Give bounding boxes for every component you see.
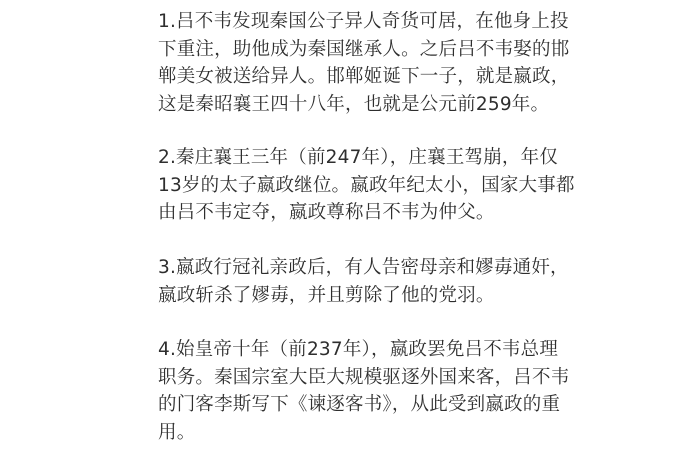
paragraph-2: 2.秦庄襄王三年（前247年），庄襄王驾崩，年仅 13岁的太子嬴政继位。嬴政年纪…: [158, 144, 548, 227]
paragraph-line: 2.秦庄襄王三年（前247年），庄襄王驾崩，年仅: [158, 144, 548, 172]
paragraph-line: 职务。秦国宗室大臣大规模驱逐外国来客，吕不韦: [158, 364, 548, 392]
paragraph-line: 1.吕不韦发现秦国公子异人奇货可居，在他身上投: [158, 8, 548, 36]
document-page: 1.吕不韦发现秦国公子异人奇货可居，在他身上投 下重注，助他成为秦国继承人。之后…: [0, 0, 700, 470]
paragraph-line: 3.嬴政行冠礼亲政后，有人告密母亲和嫪毐通奸，: [158, 254, 548, 282]
paragraph-line: 这是秦昭襄王四十八年，也就是公元前259年。: [158, 91, 548, 119]
paragraph-line: 用。: [158, 419, 548, 447]
paragraph-line: 13岁的太子嬴政继位。嬴政年纪太小，国家大事都: [158, 172, 548, 200]
paragraph-line: 下重注，助他成为秦国继承人。之后吕不韦娶的邯: [158, 36, 548, 64]
paragraph-3: 3.嬴政行冠礼亲政后，有人告密母亲和嫪毐通奸， 嬴政斩杀了嫪毐，并且剪除了他的党…: [158, 254, 548, 309]
paragraph-1: 1.吕不韦发现秦国公子异人奇货可居，在他身上投 下重注，助他成为秦国继承人。之后…: [158, 8, 548, 118]
paragraph-4: 4.始皇帝十年（前237年），嬴政罢免吕不韦总理 职务。秦国宗室大臣大规模驱逐外…: [158, 336, 548, 446]
paragraph-line: 嬴政斩杀了嫪毐，并且剪除了他的党羽。: [158, 282, 548, 310]
paragraph-line: 4.始皇帝十年（前237年），嬴政罢免吕不韦总理: [158, 336, 548, 364]
paragraph-line: 的门客李斯写下《谏逐客书》，从此受到嬴政的重: [158, 391, 548, 419]
paragraph-line: 由吕不韦定夺，嬴政尊称吕不韦为仲父。: [158, 199, 548, 227]
paragraph-line: 郸美女被送给异人。邯郸姬诞下一子，就是嬴政，: [158, 63, 548, 91]
